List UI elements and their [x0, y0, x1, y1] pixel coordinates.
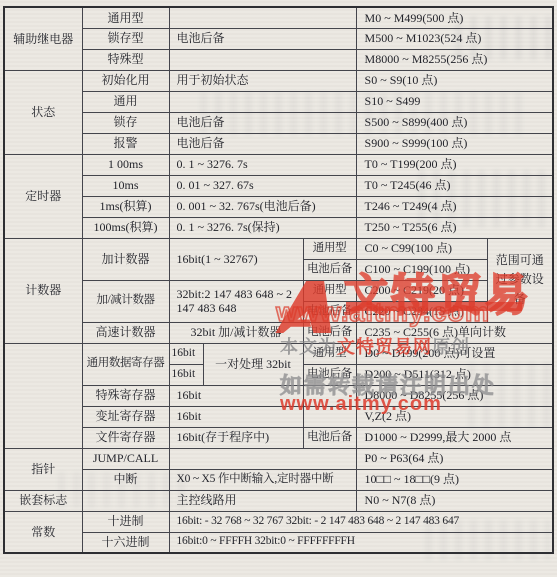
cell-description: 电池后备	[169, 28, 356, 49]
cell-subtype: 通用型	[82, 7, 169, 28]
cell-subtype: JUMP/CALL	[82, 448, 169, 469]
cell-device-range: N0 ~ N7(8 点)	[356, 490, 553, 511]
cell-subtype: 1 00ms	[82, 154, 169, 175]
cell-description	[169, 448, 356, 469]
table-row: 10ms 0. 01 ~ 327. 67s T0 ~ T245(46 点)	[4, 175, 553, 196]
cell-subtype: 加计数器	[82, 238, 169, 280]
section-label-pointer: 指针	[4, 448, 82, 490]
cell-subtype: 1ms(积算)	[82, 196, 169, 217]
cell-device-range: T0 ~ T245(46 点)	[356, 175, 553, 196]
cell-device-range: D8000 ~ D8255(256 点)	[356, 385, 553, 406]
cell-subtype: 报警	[82, 133, 169, 154]
cell-subtype: 锁存	[82, 112, 169, 133]
cell-device-range: T250 ~ T255(6 点)	[356, 217, 553, 238]
table-row: 报警 电池后备 S900 ~ S999(100 点)	[4, 133, 553, 154]
cell-device-range: C235 ~ C255(6 点)单向计数	[356, 322, 553, 343]
cell-description: 主控线路用	[169, 490, 356, 511]
section-label-register	[4, 343, 82, 448]
cell-device-range: P0 ~ P63(64 点)	[356, 448, 553, 469]
table-row: 计数器 加计数器 16bit(1 ~ 32767) 通用型 C0 ~ C99(1…	[4, 238, 553, 259]
cell-subtype: 通用数据寄存器	[82, 343, 169, 385]
cell-backup-type	[303, 385, 356, 406]
cell-device-range: S900 ~ S999(100 点)	[356, 133, 553, 154]
section-label-constant: 常数	[4, 511, 82, 553]
cell-device-range: D200 ~ D511(312 点)	[356, 364, 553, 385]
cell-backup-type: 通用型	[303, 343, 356, 364]
cell-device-range: 10□□ ~ 18□□(9 点)	[356, 469, 553, 490]
table-row: 1ms(积算) 0. 001 ~ 32. 767s(电池后备) T246 ~ T…	[4, 196, 553, 217]
table-row: 辅助继电器 通用型 M0 ~ M499(500 点)	[4, 7, 553, 28]
cell-description: 电池后备	[169, 133, 356, 154]
cell-subtype: 文件寄存器	[82, 427, 169, 448]
table-row: 状态 初始化用 用于初始状态 S0 ~ S9(10 点)	[4, 70, 553, 91]
cell-description: 32bit:2 147 483 648 ~ 2 147 483 648	[169, 280, 303, 322]
cell-device-range: M0 ~ M499(500 点)	[356, 7, 553, 28]
cell-subtype: 100ms(积算)	[82, 217, 169, 238]
table-row: 常数 十进制 16bit: - 32 768 ~ 32 767 32bit: -…	[4, 511, 553, 532]
cell-description	[169, 91, 356, 112]
section-label-timer: 定时器	[4, 154, 82, 238]
table-row: 通用 S10 ~ S499	[4, 91, 553, 112]
table-row: 变址寄存器 16bit V,Z(2 点)	[4, 406, 553, 427]
cell-device-range: S0 ~ S9(10 点)	[356, 70, 553, 91]
section-label-aux-relay: 辅助继电器	[4, 7, 82, 70]
cell-subtype: 十六进制	[82, 532, 169, 553]
section-label-nesting: 嵌套标志	[4, 490, 82, 511]
cell-device-range: S500 ~ S899(400 点)	[356, 112, 553, 133]
cell-subtype: 变址寄存器	[82, 406, 169, 427]
cell-backup-type	[303, 406, 356, 427]
table-row: 指针 JUMP/CALL P0 ~ P63(64 点)	[4, 448, 553, 469]
cell-subtype: 10ms	[82, 175, 169, 196]
cell-bit-width: 16bit	[169, 343, 203, 364]
cell-subtype: 高速计数器	[82, 322, 169, 343]
cell-description: 用于初始状态	[169, 70, 356, 91]
cell-subtype: 十进制	[82, 511, 169, 532]
cell-backup-type: 电池后备	[303, 427, 356, 448]
cell-device-range: S10 ~ S499	[356, 91, 553, 112]
table-row: 高速计数器 32bit 加/减计数器 电池后备 C235 ~ C255(6 点)…	[4, 322, 553, 343]
cell-device-range: D0 ~ D199(200 点)可设置	[356, 343, 553, 364]
cell-subtype: 加/减计数器	[82, 280, 169, 322]
cell-description: 32bit 加/减计数器	[169, 322, 303, 343]
table-row: 十六进制 16bit:0 ~ FFFFH 32bit:0 ~ FFFFFFFFH	[4, 532, 553, 553]
cell-range-note: 范围可通过参数设备	[487, 238, 553, 322]
cell-description: 16bit(存于程序中)	[169, 427, 303, 448]
cell-device-range: V,Z(2 点)	[356, 406, 553, 427]
cell-constant-range: 16bit: - 32 768 ~ 32 767 32bit: - 2 147 …	[169, 511, 553, 532]
table-row: 特殊型 M8000 ~ M8255(256 点)	[4, 49, 553, 70]
cell-description	[169, 7, 356, 28]
section-label-counter: 计数器	[4, 238, 82, 343]
cell-constant-range: 16bit:0 ~ FFFFH 32bit:0 ~ FFFFFFFFH	[169, 532, 553, 553]
cell-subtype	[82, 490, 169, 511]
plc-device-spec-table: 辅助继电器 通用型 M0 ~ M499(500 点) 锁存型 电池后备 M500…	[3, 6, 554, 554]
cell-description: 0. 01 ~ 327. 67s	[169, 175, 356, 196]
section-label-state: 状态	[4, 70, 82, 154]
cell-description: 一对处理 32bit	[203, 343, 303, 385]
cell-description	[169, 49, 356, 70]
cell-subtype: 通用	[82, 91, 169, 112]
table-row: 100ms(积算) 0. 1 ~ 3276. 7s(保持) T250 ~ T25…	[4, 217, 553, 238]
cell-device-range: M500 ~ M1023(524 点)	[356, 28, 553, 49]
cell-description: 16bit(1 ~ 32767)	[169, 238, 303, 280]
table-row: 加/减计数器 32bit:2 147 483 648 ~ 2 147 483 6…	[4, 280, 553, 301]
cell-device-range: T0 ~ T199(200 点)	[356, 154, 553, 175]
cell-description: 0. 1 ~ 3276. 7s(保持)	[169, 217, 356, 238]
cell-subtype: 中断	[82, 469, 169, 490]
table-row: 定时器 1 00ms 0. 1 ~ 3276. 7s T0 ~ T199(200…	[4, 154, 553, 175]
cell-description: X0 ~ X5 作中断输入,定时器中断	[169, 469, 356, 490]
cell-device-range: C100 ~ C199(100 点)	[356, 259, 487, 280]
table-row: 锁存 电池后备 S500 ~ S899(400 点)	[4, 112, 553, 133]
table-row: 特殊寄存器 16bit D8000 ~ D8255(256 点)	[4, 385, 553, 406]
table-row: 锁存型 电池后备 M500 ~ M1023(524 点)	[4, 28, 553, 49]
cell-device-range: D1000 ~ D2999,最大 2000 点	[356, 427, 553, 448]
cell-backup-type: 通用型	[303, 280, 356, 301]
cell-subtype: 初始化用	[82, 70, 169, 91]
cell-description: 0. 1 ~ 3276. 7s	[169, 154, 356, 175]
cell-backup-type: 通用型	[303, 238, 356, 259]
cell-backup-type: 电池后备	[303, 322, 356, 343]
cell-backup-type: 电池后备	[303, 364, 356, 385]
cell-description: 电池后备	[169, 112, 356, 133]
table-row: 通用数据寄存器 16bit 一对处理 32bit 通用型 D0 ~ D199(2…	[4, 343, 553, 364]
cell-device-range: C220 ~ C234(15 点)	[356, 301, 487, 322]
cell-subtype: 特殊寄存器	[82, 385, 169, 406]
table-row: 文件寄存器 16bit(存于程序中) 电池后备 D1000 ~ D2999,最大…	[4, 427, 553, 448]
cell-bit-width: 16bit	[169, 385, 303, 406]
table-row: 中断 X0 ~ X5 作中断输入,定时器中断 10□□ ~ 18□□(9 点)	[4, 469, 553, 490]
cell-backup-type: 电池后备	[303, 259, 356, 280]
scanned-page: 辅助继电器 通用型 M0 ~ M499(500 点) 锁存型 电池后备 M500…	[0, 0, 557, 577]
cell-backup-type: 电池后备	[303, 301, 356, 322]
cell-subtype: 特殊型	[82, 49, 169, 70]
cell-device-range: C0 ~ C99(100 点)	[356, 238, 487, 259]
cell-subtype: 锁存型	[82, 28, 169, 49]
cell-description: 0. 001 ~ 32. 767s(电池后备)	[169, 196, 356, 217]
cell-device-range: T246 ~ T249(4 点)	[356, 196, 553, 217]
cell-device-range: C200 ~ C219(20 点)	[356, 280, 487, 301]
cell-bit-width: 16bit	[169, 406, 303, 427]
cell-device-range: M8000 ~ M8255(256 点)	[356, 49, 553, 70]
cell-bit-width: 16bit	[169, 364, 203, 385]
table-row: 嵌套标志 主控线路用 N0 ~ N7(8 点)	[4, 490, 553, 511]
